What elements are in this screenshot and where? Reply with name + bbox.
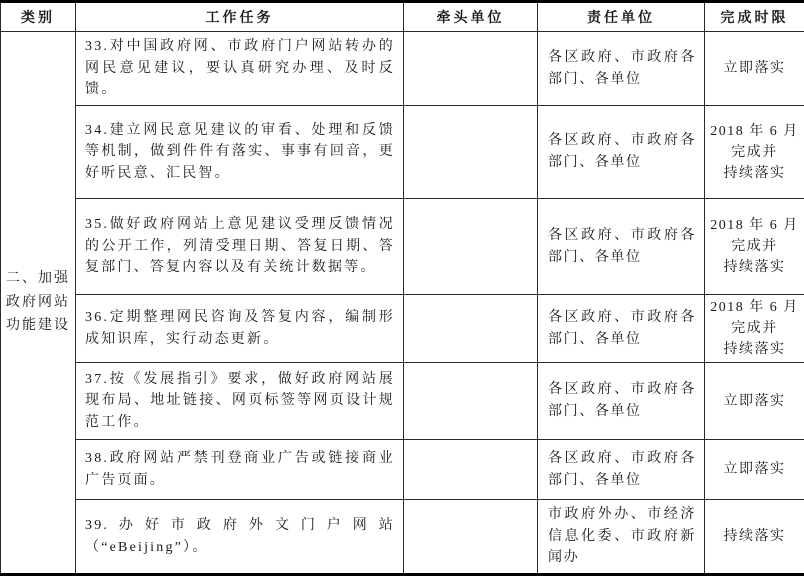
table-row: 38.政府网站严禁刊登商业广告或链接商业广告页面。 各区政府、市政府各部门、各单… xyxy=(1,440,804,500)
lead-unit-cell xyxy=(404,440,538,500)
responsible-unit-cell: 各区政府、市政府各部门、各单位 xyxy=(538,106,705,199)
header-lead-unit: 牵头单位 xyxy=(404,2,538,32)
responsible-unit-cell: 各区政府、市政府各部门、各单位 xyxy=(538,199,705,295)
task-cell: 37.按《发展指引》要求，做好政府网站展现布局、地址链接、网页标签等网页设计规范… xyxy=(76,363,404,440)
deadline-cell: 2018 年 6 月 完成并 持续落实 xyxy=(705,295,804,363)
lead-unit-cell xyxy=(404,32,538,106)
responsible-unit-cell: 各区政府、市政府各部门、各单位 xyxy=(538,440,705,500)
table-row: 34.建立网民意见建议的审看、处理和反馈等机制，做到件件有落实、事事有回音，更好… xyxy=(1,106,804,199)
lead-unit-cell xyxy=(404,106,538,199)
table-row: 39.办好市政府外文门户网站（“eBeijing”）。 市政府外办、市经济信息化… xyxy=(1,500,804,575)
header-responsible-unit: 责任单位 xyxy=(538,2,705,32)
task-cell: 36.定期整理网民咨询及答复内容，编制形成知识库，实行动态更新。 xyxy=(76,295,404,363)
responsible-unit-cell: 市政府外办、市经济信息化委、市政府新闻办 xyxy=(538,500,705,575)
task-cell: 34.建立网民意见建议的审看、处理和反馈等机制，做到件件有落实、事事有回音，更好… xyxy=(76,106,404,199)
lead-unit-cell xyxy=(404,500,538,575)
deadline-cell: 立即落实 xyxy=(705,363,804,440)
table-row: 35.做好政府网站上意见建议受理反馈情况的公开工作，列清受理日期、答复日期、答复… xyxy=(1,199,804,295)
header-category: 类别 xyxy=(1,2,76,32)
deadline-cell: 立即落实 xyxy=(705,32,804,106)
task-cell: 38.政府网站严禁刊登商业广告或链接商业广告页面。 xyxy=(76,440,404,500)
task-cell: 39.办好市政府外文门户网站（“eBeijing”）。 xyxy=(76,500,404,575)
table-row: 37.按《发展指引》要求，做好政府网站展现布局、地址链接、网页标签等网页设计规范… xyxy=(1,363,804,440)
deadline-cell: 持续落实 xyxy=(705,500,804,575)
responsible-unit-cell: 各区政府、市政府各部门、各单位 xyxy=(538,32,705,106)
lead-unit-cell xyxy=(404,199,538,295)
responsible-unit-cell: 各区政府、市政府各部门、各单位 xyxy=(538,295,705,363)
deadline-cell: 2018 年 6 月 完成并 持续落实 xyxy=(705,199,804,295)
lead-unit-cell xyxy=(404,363,538,440)
table-row: 36.定期整理网民咨询及答复内容，编制形成知识库，实行动态更新。 各区政府、市政… xyxy=(1,295,804,363)
table-row: 二、加强 政府网站 功能建设 33.对中国政府网、市政府门户网站转办的网民意见建… xyxy=(1,32,804,106)
deadline-cell: 2018 年 6 月 完成并 持续落实 xyxy=(705,106,804,199)
category-cell: 二、加强 政府网站 功能建设 xyxy=(1,32,76,575)
header-row: 类别 工作任务 牵头单位 责任单位 完成时限 xyxy=(1,2,804,32)
header-deadline: 完成时限 xyxy=(705,2,804,32)
task-cell: 33.对中国政府网、市政府门户网站转办的网民意见建议，要认真研究办理、及时反馈。 xyxy=(76,32,404,106)
deadline-cell: 立即落实 xyxy=(705,440,804,500)
task-cell: 35.做好政府网站上意见建议受理反馈情况的公开工作，列清受理日期、答复日期、答复… xyxy=(76,199,404,295)
header-work-task: 工作任务 xyxy=(76,2,404,32)
lead-unit-cell xyxy=(404,295,538,363)
responsible-unit-cell: 各区政府、市政府各部门、各单位 xyxy=(538,363,705,440)
work-task-table: 类别 工作任务 牵头单位 责任单位 完成时限 二、加强 政府网站 功能建设 33… xyxy=(0,0,804,576)
